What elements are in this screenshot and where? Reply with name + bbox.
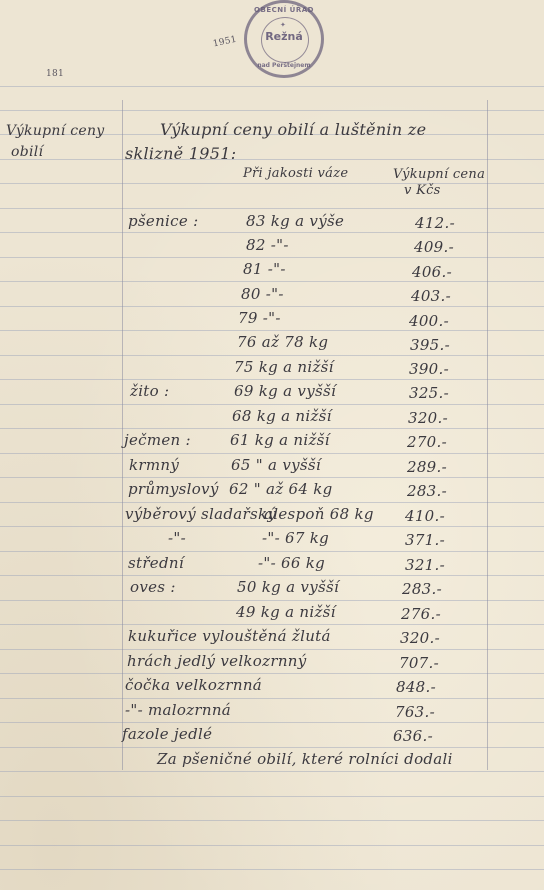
row-price: 320.- [400, 631, 440, 646]
row-crop: žito : [130, 384, 169, 399]
row-quality: 68 kg a nižší [232, 409, 332, 424]
row-quality: 83 kg a výše [246, 214, 344, 229]
page-title-line1: Výkupní ceny obilí a luštěnin ze [160, 122, 426, 138]
right-column-line [487, 100, 488, 770]
row-price: 410.- [405, 509, 445, 524]
row-price: 321.- [405, 558, 445, 573]
row-quality: 62 " až 64 kg [229, 482, 333, 497]
row-crop: -"- malozrnná [125, 703, 231, 718]
row-crop: -"- [168, 531, 186, 546]
row-quality: 65 " a vyšší [231, 458, 321, 473]
header-price-line2: v Kčs [404, 184, 441, 197]
row-price: 412.- [415, 216, 455, 231]
row-price: 371.- [405, 533, 445, 548]
row-quality: -"- 66 kg [258, 556, 325, 571]
margin-heading-line2: obilí [11, 145, 43, 159]
row-crop: střední [128, 556, 184, 571]
header-quality: Při jakosti váze [243, 167, 348, 180]
margin-column-line [122, 100, 123, 770]
pencil-year-note: 1951 [212, 36, 237, 50]
row-price: 400.- [409, 314, 449, 329]
row-price: 848.- [396, 680, 436, 695]
stamp-bottom-text: nad Perštejnem [247, 62, 321, 69]
row-price: 395.- [410, 338, 450, 353]
row-crop: oves : [130, 580, 176, 595]
stamp-top-text: OBECNÍ ÚŘAD [247, 6, 321, 14]
row-crop: pšenice : [128, 214, 198, 229]
row-price: 289.- [407, 460, 447, 475]
row-quality: 75 kg a nižší [234, 360, 334, 375]
row-price: 283.- [407, 484, 447, 499]
row-price: 325.- [409, 386, 449, 401]
row-crop: fazole jedlé [122, 727, 212, 742]
row-crop: čočka velkozrnná [125, 678, 262, 693]
row-quality: 69 kg a vyšší [234, 384, 336, 399]
row-quality: -"- 67 kg [262, 531, 329, 546]
row-quality: alespoň 68 kg [264, 507, 374, 522]
row-quality: 49 kg a nižší [236, 605, 336, 620]
row-price: 320.- [408, 411, 448, 426]
row-price: 390.- [409, 362, 449, 377]
row-price: 276.- [401, 607, 441, 622]
row-quality: 80 -"- [241, 287, 284, 302]
row-price: 763.- [395, 705, 435, 720]
row-quality: 61 kg a nižší [230, 433, 330, 448]
footer-text: Za pšeničné obilí, které rolníci dodali [157, 752, 453, 767]
row-quality: 76 až 78 kg [237, 335, 328, 350]
page-number: 181 [46, 70, 64, 79]
row-quality: 79 -"- [238, 311, 281, 326]
margin-heading-line1: Výkupní ceny [6, 124, 105, 138]
row-price: 406.- [412, 265, 452, 280]
row-crop: hrách jedlý velkozrnný [127, 654, 307, 669]
stamp-center-text: Režná [247, 30, 321, 43]
row-price: 270.- [407, 435, 447, 450]
row-price: 403.- [411, 289, 451, 304]
row-price: 707.- [399, 656, 439, 671]
row-crop: krmný [129, 458, 179, 473]
row-price: 283.- [402, 582, 442, 597]
header-price-line1: Výkupní cena [393, 168, 485, 181]
row-crop: kukuřice vylouštěná žlutá [128, 629, 331, 644]
row-quality: 50 kg a vyšší [237, 580, 339, 595]
row-crop: průmyslový [128, 482, 219, 497]
page-title-line2: sklizně 1951: [125, 146, 236, 162]
row-quality: 81 -"- [243, 262, 286, 277]
row-crop: ječmen : [124, 433, 191, 448]
municipal-office-stamp: OBECNÍ ÚŘAD ✦ Režná nad Perštejnem [244, 0, 324, 78]
row-price: 409.- [414, 240, 454, 255]
row-quality: 82 -"- [246, 238, 289, 253]
row-price: 636.- [393, 729, 433, 744]
row-crop: výběrový sladařský [125, 507, 276, 522]
stamp-emblem-icon: ✦ [280, 21, 286, 29]
